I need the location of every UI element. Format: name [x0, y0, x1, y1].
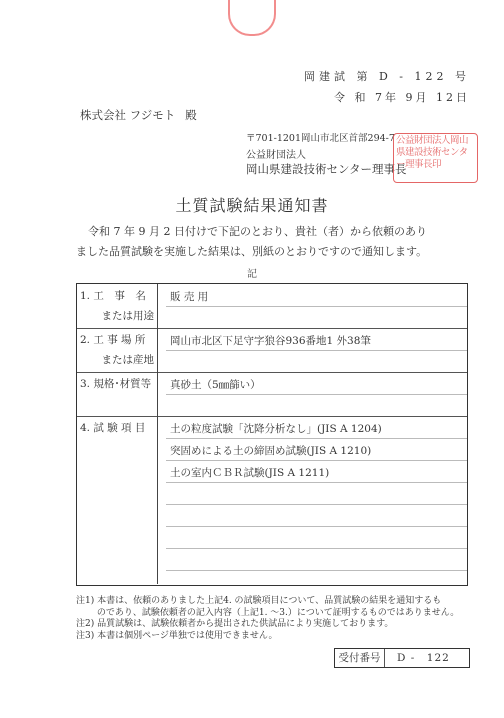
sender-address: 〒701-1201岡山市北区首部294-7	[246, 130, 407, 144]
label-line: 1. 工 事 名	[80, 286, 154, 306]
document-number: 岡建試 第 D - 122 号	[304, 68, 470, 84]
notes: 注1) 本書は、依頼のありました上記4. の試験項目について、品質試験の結果を通…	[76, 596, 496, 642]
label-line: 4. 試 験 項 目	[80, 418, 154, 438]
row-label: 2. 工 事 場 所 または産地	[77, 328, 158, 372]
note-line: のであり、試験依頼者の記入内容（上記1. ～3.）について証明するものではありま…	[76, 608, 496, 620]
top-seal-stamp	[228, 0, 276, 36]
row-content: 販 売 用	[158, 284, 467, 328]
row-label: 1. 工 事 名 または用途	[77, 284, 158, 328]
test-item: 土の粒度試験「沈降分析なし」(JIS A 1204)	[166, 416, 467, 439]
label-line: 2. 工 事 場 所	[80, 330, 154, 350]
value-line: 岡山市北区下足守字狼谷936番地1 外38筆	[166, 328, 467, 351]
note-line: 注3) 本書は個別ページ単独では使用できません。	[76, 631, 496, 643]
sender-org-type: 公益財団法人	[246, 146, 407, 161]
sender-name: 岡山県建設技術センター理事長	[246, 161, 407, 177]
value-line: 真砂土（5㎜篩い）	[166, 372, 467, 395]
row-content: 岡山市北区下足守字狼谷936番地1 外38筆	[158, 328, 467, 372]
table-row-project-name: 1. 工 事 名 または用途 販 売 用	[77, 284, 467, 329]
test-item: 土の室内ＣＢＲ試験(JIS A 1211)	[166, 460, 467, 483]
recipient-honorific: 殿	[185, 108, 197, 122]
note-line: 注2) 品質試験は、試験依頼者から提出された供試品により実施しております。	[76, 619, 496, 631]
ki-heading: 記	[0, 265, 504, 280]
test-item	[166, 504, 467, 527]
test-item	[166, 482, 467, 505]
official-seal-stamp: 公益財団法人岡山県建設技術センター理事長印	[393, 133, 478, 183]
value-line: 販 売 用	[166, 284, 467, 307]
test-item: 突固めによる土の締固め試験(JIS A 1210)	[166, 438, 467, 461]
label-line: または用途	[80, 306, 154, 326]
recipient: 株式会社 フジモト殿	[80, 107, 197, 123]
body-text: 令和 7 年 9 月 2 日付けで下記のとおり、貴社（者）から依頼のあり ました…	[76, 222, 476, 262]
test-item	[166, 548, 467, 571]
receipt-value: D - 122	[385, 649, 469, 667]
table-row-test-items: 4. 試 験 項 目 土の粒度試験「沈降分析なし」(JIS A 1204) 突固…	[77, 416, 467, 584]
test-item	[166, 526, 467, 549]
receipt-label: 受付番号	[335, 649, 385, 667]
table-row-site: 2. 工 事 場 所 または産地 岡山市北区下足守字狼谷936番地1 外38筆	[77, 328, 467, 373]
table-row-spec: 3. 規格･材質等 真砂土（5㎜篩い）	[77, 372, 467, 417]
document-title: 土質試験結果通知書	[0, 193, 504, 216]
row-content: 土の粒度試験「沈降分析なし」(JIS A 1204) 突固めによる土の締固め試験…	[158, 416, 467, 584]
details-table: 1. 工 事 名 または用途 販 売 用 2. 工 事 場 所 または産地 岡山…	[76, 283, 468, 586]
body-line-1: 令和 7 年 9 月 2 日付けで下記のとおり、貴社（者）から依頼のあり	[76, 222, 476, 242]
body-line-2: ました品質試験を実施した結果は、別紙のとおりですので通知します。	[76, 242, 476, 262]
note-line: 注1) 本書は、依頼のありました上記4. の試験項目について、品質試験の結果を通…	[76, 596, 496, 608]
label-line: または産地	[80, 350, 154, 370]
row-label: 4. 試 験 項 目	[77, 416, 158, 584]
recipient-company: 株式会社 フジモト	[80, 108, 175, 122]
document-date: 令 和 7年 9月 12日	[334, 89, 470, 105]
row-content: 真砂土（5㎜篩い）	[158, 372, 467, 416]
sender-block: 〒701-1201岡山市北区首部294-7 公益財団法人 岡山県建設技術センター…	[246, 130, 407, 177]
row-label: 3. 規格･材質等	[77, 372, 158, 416]
label-line: 3. 規格･材質等	[80, 374, 154, 394]
receipt-number-box: 受付番号 D - 122	[334, 648, 470, 668]
